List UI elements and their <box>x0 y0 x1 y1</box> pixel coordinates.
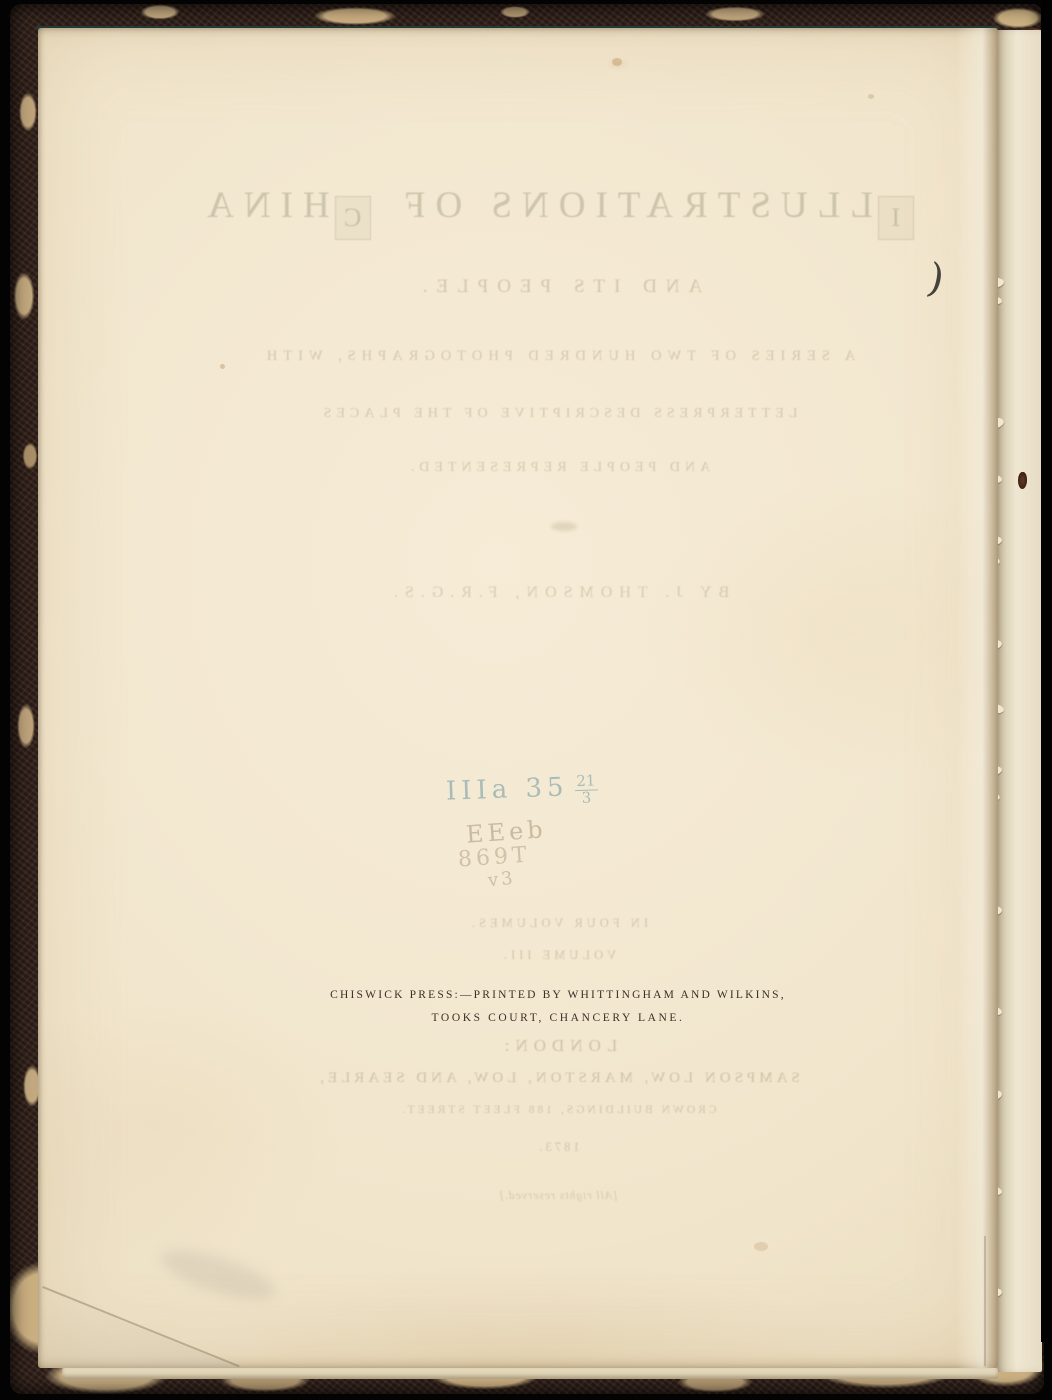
pencil-annotation-3: v3 <box>487 868 517 892</box>
bleedthrough-volume-number: VOLUME III. <box>78 948 1038 963</box>
colophon-line-2: TOOKS COURT, CHANCERY LANE. <box>78 1007 1038 1030</box>
bleedthrough-byline: BY J. THOMSON, F.R.G.S. <box>78 584 1038 602</box>
foxing-spot <box>612 58 622 66</box>
page-fold-line <box>984 1236 986 1366</box>
bleedthrough-series-line-2: LETTERPRESS DESCRIPTIVE OF THE PLACES <box>78 406 1038 422</box>
bleedthrough-subtitle: AND ITS PEOPLE. <box>78 276 1038 298</box>
bleedthrough-ornament <box>551 522 577 531</box>
pencil-smudge <box>156 1240 281 1309</box>
bleedthrough-layer: ILLUSTRATIONS OF CHINA AND ITS PEOPLE. A… <box>78 28 1038 1368</box>
book-page: ILLUSTRATIONS OF CHINA AND ITS PEOPLE. A… <box>38 28 998 1368</box>
bleedthrough-publisher: SAMPSON LOW, MARSTON, LOW, AND SEARLE, <box>78 1070 1038 1087</box>
ornate-initial-box: C <box>336 197 370 239</box>
pencil-annotation-2: 869T <box>457 842 531 872</box>
colophon-line-1: CHISWICK PRESS:—PRINTED BY WHITTINGHAM A… <box>78 984 1038 1007</box>
bleedthrough-volumes-line: IN FOUR VOLUMES. <box>78 916 1038 931</box>
page-fore-edge-bevel <box>956 28 998 1368</box>
foxing-spot <box>754 1242 768 1251</box>
shelfmark-blue-pencil: IIIa 35213 <box>445 771 598 811</box>
bleedthrough-imprint-city: LONDON: <box>78 1036 1038 1056</box>
under-page-bottom-edge <box>62 1368 998 1379</box>
underlying-page-edge <box>996 30 1042 1372</box>
foxing-spot <box>868 94 874 99</box>
bleedthrough-year: 1873. <box>78 1140 1038 1155</box>
background-right-strip <box>1041 0 1052 1342</box>
shelfmark-fraction: 213 <box>574 774 598 807</box>
printer-colophon: CHISWICK PRESS:—PRINTED BY WHITTINGHAM A… <box>78 984 1038 1030</box>
ornate-initial-box: I <box>879 197 913 239</box>
bleedthrough-series-line-3: AND PEOPLE REPRESENTED. <box>78 460 1038 476</box>
bleedthrough-address: CROWN BUILDINGS, 188 FLEET STREET. <box>78 1104 1038 1116</box>
book-scan-scene: ILLUSTRATIONS OF CHINA AND ITS PEOPLE. A… <box>0 0 1052 1400</box>
bleedthrough-rights-notice: [All rights reserved.] <box>78 1190 1038 1202</box>
foxing-spot <box>220 364 225 369</box>
bleedthrough-title: ILLUSTRATIONS OF CHINA <box>78 184 1038 239</box>
bleedthrough-series-line-1: A SERIES OF TWO HUNDRED PHOTOGRAPHS, WIT… <box>78 348 1038 365</box>
